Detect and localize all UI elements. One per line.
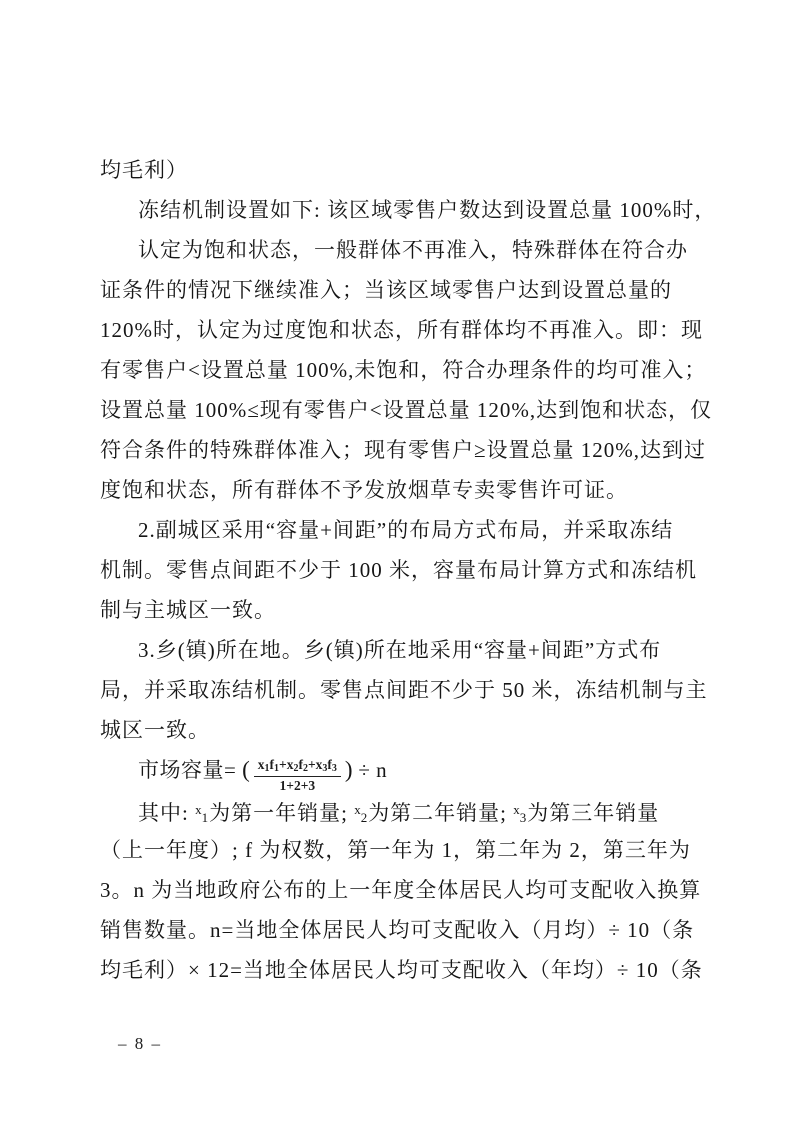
- formula-paren: (: [242, 757, 250, 782]
- text-line: 度饱和状态，所有群体不予发放烟草专卖零售许可证。: [100, 470, 706, 510]
- text-line: 认定为饱和状态，一般群体不再准入，特殊群体在符合办: [100, 230, 706, 270]
- text-line: 制与主城区一致。: [100, 590, 706, 630]
- text-line: 证条件的情况下继续准入；当该区域零售户达到设置总量的: [100, 270, 706, 310]
- text-line: 局，并采取冻结机制。零售点间距不少于 50 米，冻结机制与主: [100, 670, 706, 710]
- text-run: 其中:: [138, 801, 195, 825]
- fraction-numerator: x1f1+x2f2+x3f3: [254, 757, 341, 777]
- variable-subscript: 3: [520, 810, 527, 825]
- page-number: – 8 –: [118, 1030, 162, 1058]
- text-line: 120%时，认定为过度饱和状态，所有群体均不再准入。即：现: [100, 310, 706, 350]
- text-run: 有零售户<设置总量 100%,未饱和，符合办理条件的均可准入；: [100, 358, 706, 382]
- text-run: 度饱和状态，所有群体不予发放烟草专卖零售许可证。: [100, 478, 628, 502]
- text-run: ÷ n: [353, 758, 388, 782]
- text-line: 城区一致。: [100, 710, 706, 750]
- formula-line: 市场容量= (x1f1+x2f2+x3f31+2+3) ÷ n: [100, 750, 706, 790]
- text-line: 冻结机制设置如下: 该区域零售户数达到设置总量 100%时，: [100, 190, 706, 230]
- fraction: x1f1+x2f2+x3f31+2+3: [254, 757, 341, 794]
- text-run: 均毛利）× 12=当地全体居民人均可支配收入（年均）÷ 10（条: [100, 958, 703, 982]
- text-run: +x: [279, 757, 293, 772]
- text-line: 符合条件的特殊群体准入；现有零售户≥设置总量 120%,达到过: [100, 430, 706, 470]
- text-run: 机制。零售点间距不少于 100 米，容量布局计算方式和冻结机: [100, 558, 697, 582]
- variable-symbol: x: [354, 802, 361, 817]
- text-run: 2.副城区采用“容量+间距”的布局方式布局，并采取冻结: [138, 518, 673, 542]
- formula-paren: ): [345, 757, 353, 782]
- variable-symbol: x: [195, 802, 202, 817]
- text-run: 为第三年销量: [527, 801, 659, 825]
- text-run: 120%时，认定为过度饱和状态，所有群体均不再准入。即：现: [100, 318, 703, 342]
- text-line: 有零售户<设置总量 100%,未饱和，符合办理条件的均可准入；: [100, 350, 706, 390]
- text-run: 制与主城区一致。: [100, 598, 276, 622]
- fraction-subscript: 3: [332, 763, 337, 774]
- text-run: 局，并采取冻结机制。零售点间距不少于 50 米，冻结机制与主: [100, 678, 708, 702]
- text-line: 3.乡(镇)所在地。乡(镇)所在地采用“容量+间距”方式布: [100, 630, 706, 670]
- text-line: 3。n 为当地政府公布的上一年度全体居民人均可支配收入换算: [100, 870, 706, 910]
- text-line: 销售数量。n=当地全体居民人均可支配收入（月均）÷ 10（条: [100, 910, 706, 950]
- text-run: 冻结机制设置如下: 该区域零售户数达到设置总量 100%时，: [138, 198, 716, 222]
- text-run: 符合条件的特殊群体准入；现有零售户≥设置总量 120%,达到过: [100, 438, 706, 462]
- text-run: 证条件的情况下继续准入；当该区域零售户达到设置总量的: [100, 278, 672, 302]
- text-line: 均毛利）: [100, 150, 706, 190]
- text-line: （上一年度）; f 为权数，第一年为 1，第二年为 2，第三年为: [100, 830, 706, 870]
- document-body: 均毛利）冻结机制设置如下: 该区域零售户数达到设置总量 100%时，认定为饱和状…: [100, 150, 706, 990]
- text-run: 均毛利）: [100, 158, 188, 182]
- text-run: 为第一年销量;: [209, 801, 354, 825]
- text-line: 均毛利）× 12=当地全体居民人均可支配收入（年均）÷ 10（条: [100, 950, 706, 990]
- text-run: 市场容量=: [138, 758, 242, 782]
- text-run: 3。n 为当地政府公布的上一年度全体居民人均可支配收入换算: [100, 878, 701, 902]
- text-run: 城区一致。: [100, 718, 210, 742]
- text-run: 认定为饱和状态，一般群体不再准入，特殊群体在符合办: [138, 238, 688, 262]
- variable-subscript: 1: [202, 810, 209, 825]
- text-run: x: [258, 757, 265, 772]
- text-run: （上一年度）; f 为权数，第一年为 1，第二年为 2，第三年为: [100, 838, 691, 862]
- text-line: 机制。零售点间距不少于 100 米，容量布局计算方式和冻结机: [100, 550, 706, 590]
- text-run: 设置总量 100%≤现有零售户<设置总量 120%,达到饱和状态，仅: [100, 398, 712, 422]
- text-line: 2.副城区采用“容量+间距”的布局方式布局，并采取冻结: [100, 510, 706, 550]
- text-run: 销售数量。n=当地全体居民人均可支配收入（月均）÷ 10（条: [100, 918, 694, 942]
- variable-subscript: 2: [361, 810, 368, 825]
- text-run: 3.乡(镇)所在地。乡(镇)所在地采用“容量+间距”方式布: [138, 638, 661, 662]
- text-line: 设置总量 100%≤现有零售户<设置总量 120%,达到饱和状态，仅: [100, 390, 706, 430]
- variable-symbol: x: [513, 802, 520, 817]
- text-run: +x: [308, 757, 322, 772]
- document-page: 均毛利）冻结机制设置如下: 该区域零售户数达到设置总量 100%时，认定为饱和状…: [0, 0, 793, 1122]
- text-line: 其中: x1为第一年销量; x2为第二年销量; x3为第三年销量: [100, 790, 706, 830]
- text-run: 为第二年销量;: [368, 801, 513, 825]
